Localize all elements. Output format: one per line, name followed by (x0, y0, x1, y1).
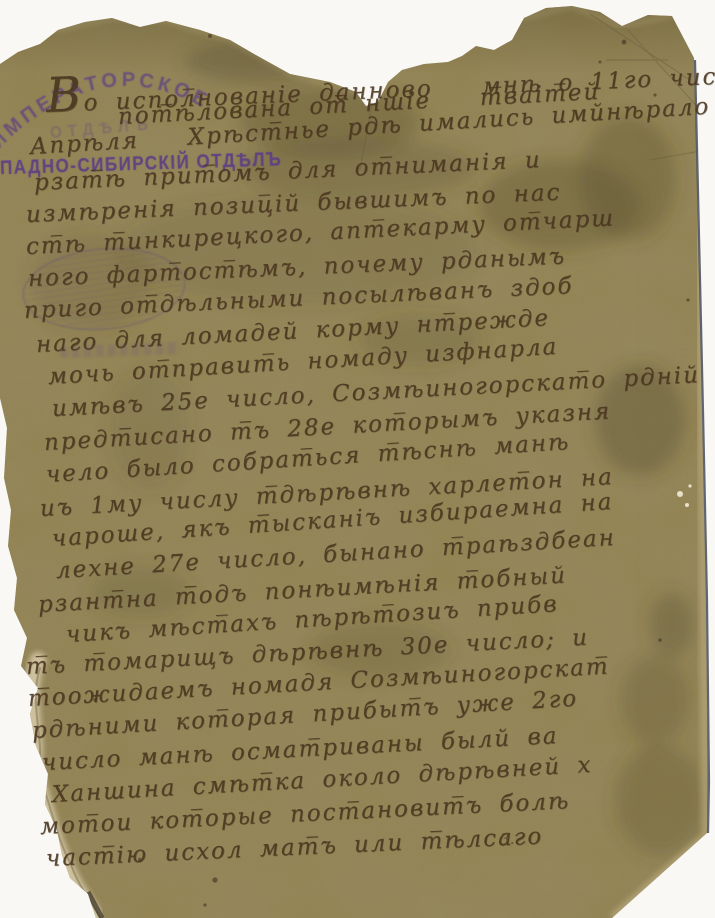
imperial-stamp-text: ИМПЕРАТОРСКОЕ (0, 66, 216, 155)
page-number-mark: 3. (500, 830, 515, 848)
svg-text:ИМПЕРАТОРСКОЕ: ИМПЕРАТОРСКОЕ (0, 66, 216, 155)
scan-background: ИМПЕРАТОРСКОЕ ОТДѢЛЪ ЗАПАДНО-СИБИРСКІЙ О… (0, 0, 715, 918)
